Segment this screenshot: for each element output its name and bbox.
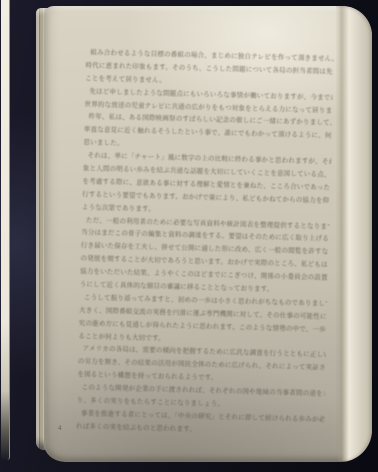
page-text: 組み合わせるような目標の番組の場合、まじめに独自テレビを作って頂きません。この甲… [76, 46, 334, 444]
book-page: 組み合わせるような目標の番組の場合、まじめに独自テレビを作って頂きません。この甲… [44, 6, 372, 462]
page-number: 4 [58, 425, 62, 432]
photo-background: 組み合わせるような目標の番組の場合、まじめに独自テレビを作って頂きません。この甲… [0, 0, 378, 472]
table-edge-strip [1, 0, 10, 460]
book-gutter-fold [336, 6, 372, 462]
